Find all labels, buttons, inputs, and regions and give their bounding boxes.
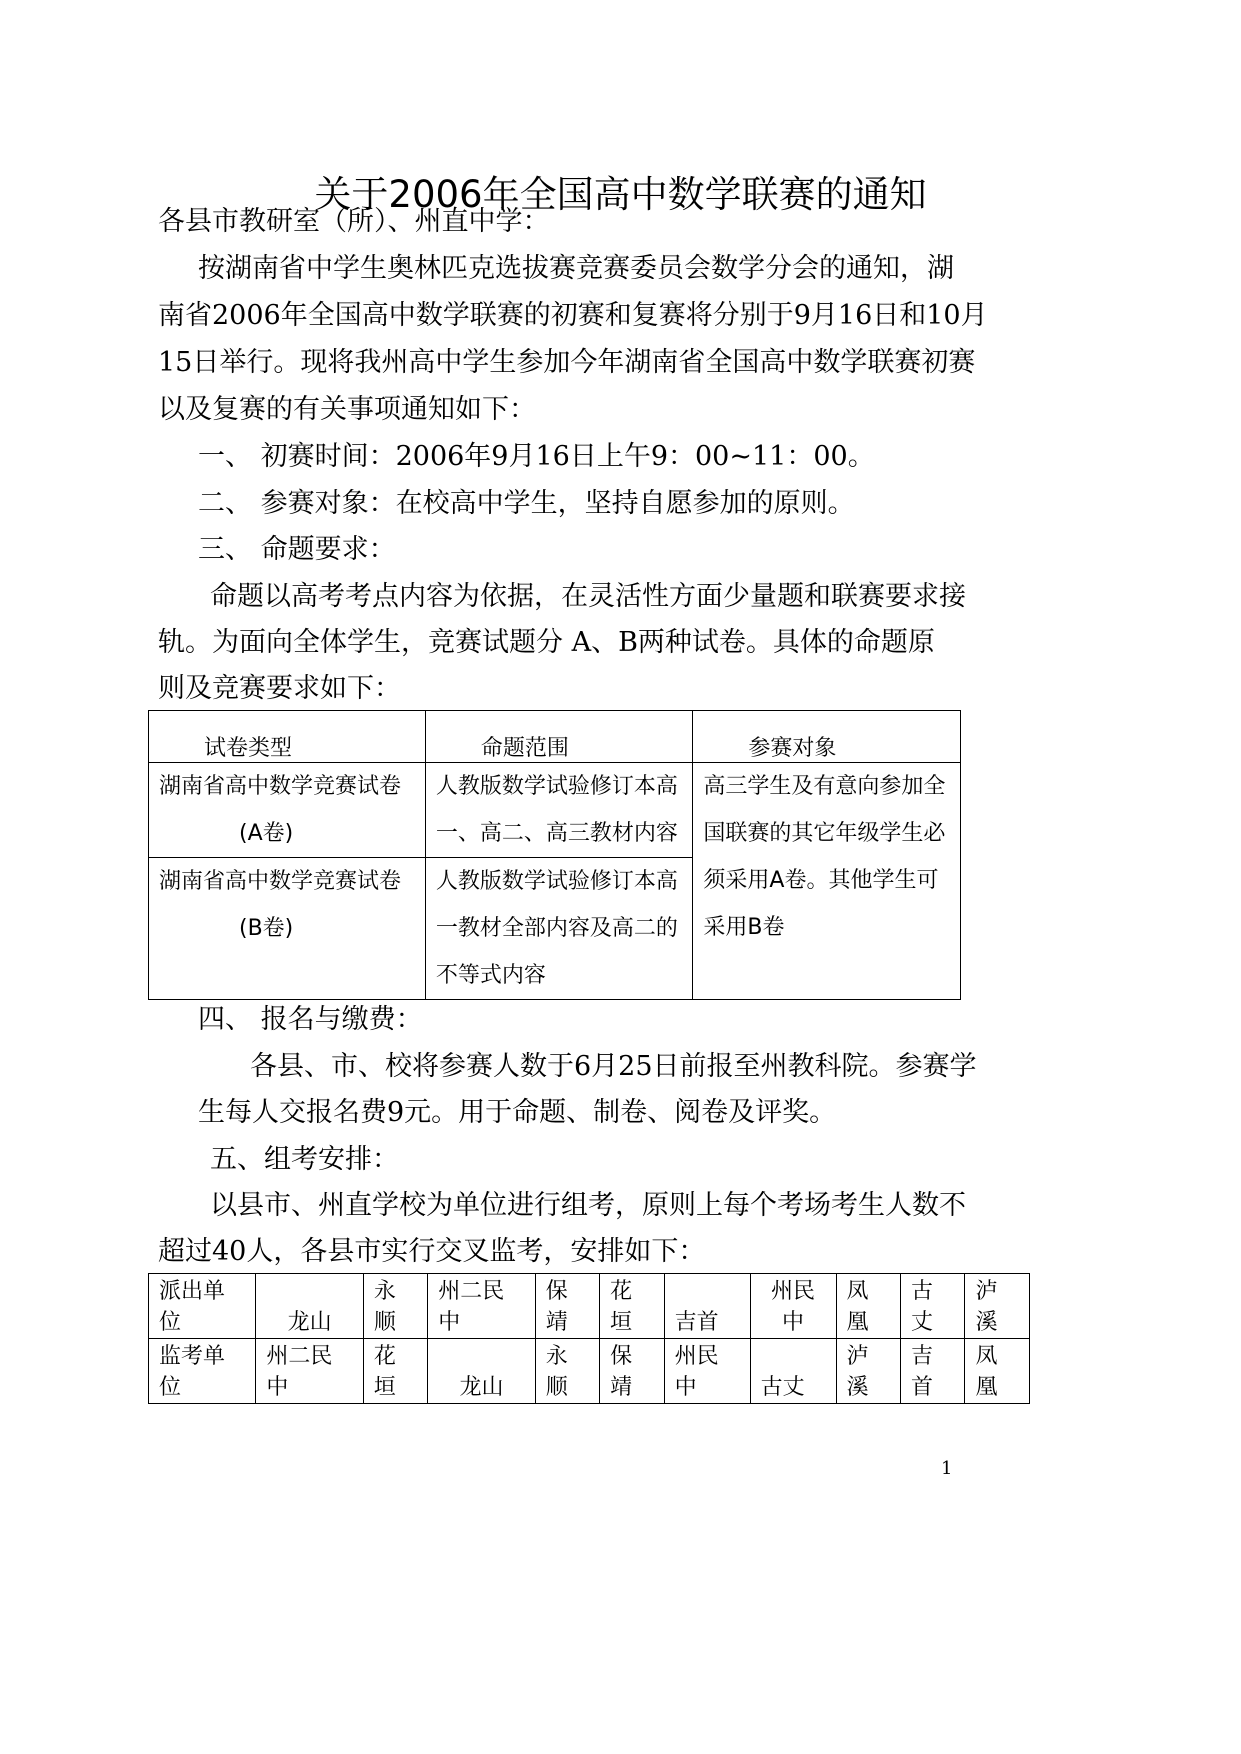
header-scope: 命题范围 (425, 711, 693, 763)
item-arrangement: 五、组考安排： (210, 1134, 399, 1186)
para1-line2: 南省2006年全国高中数学联赛的初赛和复赛将分别于9月16日和10月 (158, 290, 988, 342)
para3-line2: 生每人交报名费9元。用于命题、制卷、阅卷及评奖。 (198, 1087, 836, 1139)
salutation: 各县市教研室（所）、州直中学： (158, 196, 550, 248)
cell: 花垣 (363, 1339, 427, 1404)
cell: 古丈 (900, 1274, 964, 1339)
item-exam-time: 一、 初赛时间：2006年9月16日上午9：00~11：00。 (198, 431, 875, 483)
cell: 花垣 (600, 1274, 664, 1339)
para4-line2: 超过40人，各县市实行交叉监考，安排如下： (158, 1226, 705, 1278)
item-participants: 二、 参赛对象：在校高中学生，坚持自愿参加的原则。 (198, 478, 855, 530)
cell: 泸溪 (965, 1274, 1030, 1339)
para2-line2: 轨。为面向全体学生，竞赛试题分 A、B两种试卷。具体的命题原 (158, 617, 935, 669)
paper-b-scope-1: 人教版数学试验修订本高 (436, 858, 683, 905)
exam-paper-table: 试卷类型 命题范围 参赛对象 湖南省高中数学竞赛试卷 (A卷) 人教版数学试验修… (148, 710, 961, 1000)
cell: 永顺 (363, 1274, 427, 1339)
cell: 保靖 (600, 1339, 664, 1404)
cell: 龙山 (428, 1339, 535, 1404)
paper-b-scope-2: 一教材全部内容及高二的 (436, 905, 683, 952)
para1-line4: 以及复赛的有关事项通知如下： (158, 384, 536, 436)
paper-b-label: (B卷) (159, 905, 415, 952)
paper-a-scope-2: 一、高二、高三教材内容 (436, 810, 683, 857)
target-line-3: 须采用A卷。其他学生可 (703, 857, 950, 904)
para4-line1: 以县市、州直学校为单位进行组考，原则上每个考场考生人数不 (210, 1180, 966, 1232)
paper-a-label: (A卷) (159, 810, 415, 857)
header-target: 参赛对象 (693, 711, 961, 763)
header-paper-type: 试卷类型 (149, 711, 426, 763)
target-line-1: 高三学生及有意向参加全 (703, 763, 950, 810)
para1-line1: 按湖南省中学生奥林匹克选拔赛竞赛委员会数学分会的通知，湖 (198, 243, 954, 295)
para2-line1: 命题以高考考点内容为依据，在灵活性方面少量题和联赛要求接 (210, 571, 966, 623)
paper-a-scope-1: 人教版数学试验修订本高 (436, 763, 683, 810)
cell: 州民中 (750, 1274, 836, 1339)
cell: 永顺 (535, 1339, 599, 1404)
target-line-2: 国联赛的其它年级学生必 (703, 810, 950, 857)
para2-line3: 则及竞赛要求如下： (158, 663, 401, 715)
cell-dispatch-header: 派出单位 (149, 1274, 256, 1339)
cell: 古丈 (750, 1339, 836, 1404)
cell: 州二民中 (428, 1274, 535, 1339)
paper-a-name: 湖南省高中数学竞赛试卷 (159, 763, 415, 810)
target-line-4: 采用B卷 (703, 904, 950, 951)
para3-line1: 各县、市、校将参赛人数于6月25日前报至州教科院。参赛学 (250, 1041, 977, 1093)
cell: 凤凰 (965, 1339, 1030, 1404)
item-registration: 四、 报名与缴费： (198, 994, 423, 1046)
paper-b-name: 湖南省高中数学竞赛试卷 (159, 858, 415, 905)
cell: 州二民中 (256, 1339, 363, 1404)
cell: 龙山 (256, 1274, 363, 1339)
para1-line3: 15日举行。现将我州高中学生参加今年湖南省全国高中数学联赛初赛 (158, 337, 975, 389)
cell: 凤凰 (836, 1274, 900, 1339)
cell: 保靖 (535, 1274, 599, 1339)
page-number: 1 (941, 1458, 952, 1479)
cell: 州民中 (664, 1339, 750, 1404)
cell: 泸溪 (836, 1339, 900, 1404)
paper-b-scope-3: 不等式内容 (436, 952, 683, 999)
item-requirements: 三、 命题要求： (198, 524, 396, 576)
cell: 吉首 (664, 1274, 750, 1339)
cell-proctor-header: 监考单位 (149, 1339, 256, 1404)
cell: 吉首 (900, 1339, 964, 1404)
proctor-table: 派出单位 龙山 永顺 州二民中 保靖 花垣 吉首 州民中 凤凰 古丈 泸溪 监考… (148, 1273, 1030, 1404)
